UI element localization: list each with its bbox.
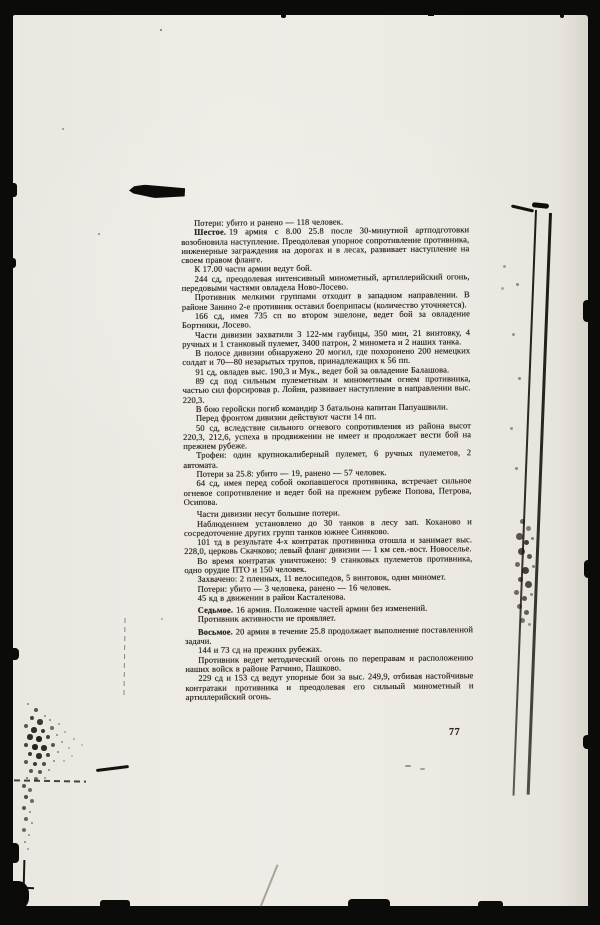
ink-speckle-cloud [13,15,15,17]
stray-speck [62,128,64,130]
stray-speck [98,233,100,235]
ink-speckle-column [13,15,15,17]
scanned-page: Потери: убито и ранено — 118 человек. Ше… [13,15,588,906]
faint-vertical-line [123,618,125,698]
binding-crease-line [513,210,537,796]
paragraph: Противник активности не проявляет. [185,613,473,625]
paragraph: 89 сд под сильным пулеметным и минометны… [183,374,471,405]
corner-ink-blob [5,881,29,909]
paragraph: Шестое.19 армия с 8.00 25.8 после 30-мин… [181,226,469,266]
binding-crease-hook [532,202,549,208]
ink-blob-mark [129,182,185,198]
paragraph-text: 45 кд в движении в район Касталенова. [198,591,346,602]
paragraph-text: 89 сд под сильным пулеметным и минометны… [183,373,471,404]
dashed-ink-line [14,779,86,782]
document-text: Потери: убито и ранено — 118 человек. Ше… [181,216,474,702]
l-shaped-ink-mark-foot [23,887,34,889]
paragraph-text: Противник активности не проявляет. [198,613,336,624]
paragraph-text: Трофеи: один крупнокалиберный пулемет, 6… [183,448,471,470]
stray-speck [405,765,411,767]
binding-crease-hook [511,204,534,212]
paragraph: 64 сд, имея перед собой окопавшегося про… [183,477,471,508]
paragraph: 229 сд и 153 сд ведут упорные бои за выс… [185,671,473,702]
paragraph-text: 229 сд и 153 сд ведут упорные бои за выс… [185,670,473,701]
paragraph-text: 50 сд, вследствие сильного огневого сопр… [183,420,471,451]
scan-background: Потери: убито и ранено — 118 человек. Ше… [0,0,600,925]
stray-speck [420,768,425,770]
paragraph: 50 сд, вследствие сильного огневого сопр… [183,421,471,452]
paragraph-text: 64 сд, имея перед собой окопавшегося про… [184,476,472,507]
stray-speck [160,29,162,31]
page-number: 77 [449,727,460,738]
paragraph: 45 кд в движении в район Касталенова. [185,591,473,603]
ink-dash-mark [96,765,129,772]
l-shaped-ink-mark [23,860,26,890]
binding-crease-line [527,213,552,795]
faint-diagonal-line [259,864,278,907]
binding-speckle-band [13,15,16,18]
